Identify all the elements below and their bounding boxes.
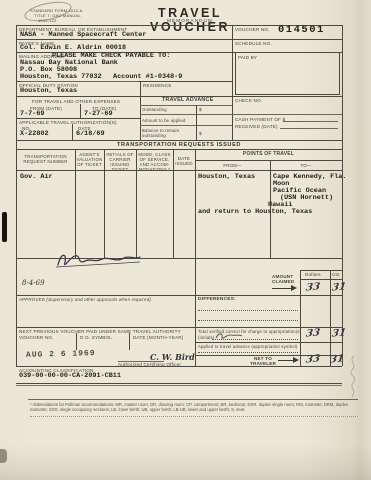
paid-by-label: PAID BY [238,55,257,60]
advance-balance-label: Balance to remain outstanding [142,128,188,139]
verified-dollars: 33 [305,327,320,339]
amount-claimed-cents: 31 [331,281,346,293]
advance-outstanding-dollar: $ [199,107,202,112]
verified-cents: 31 [331,327,346,339]
previous-date-label: DATE (MONTH-YEAR) [133,335,184,340]
col-carrier-initials: INITIALS OF CARRIER ISSUING TICKET [105,152,135,172]
net-cents: 31 [329,353,344,365]
amount-claimed-label: AMOUNT CLAIMED [272,274,300,285]
col-mode-class: MODE, CLASS OF SERVICE, AND ACCOM- MODAT… [137,152,172,172]
differences-label: DIFFERENCES: [198,297,236,302]
applied-advance-label: Applied to travel advance (appropriation… [198,344,297,349]
scan-artifact-mark [2,212,7,242]
previous-do-symbol-label: D.O. SYMBOL [80,335,112,340]
points-return-line: and return to Houston, Texas [198,209,312,216]
cents-col-label: Cts [332,272,340,277]
travel-expenses-label: FOR TRAVEL AND OTHER EXPENSES [32,99,120,104]
travel-auth-label: APPLICABLE TRAVEL AUTHORIZATION(S) [19,120,117,125]
voucher-no-value: 014501 [278,27,325,34]
col-from: FROM— [195,163,270,168]
request-number-value: Gov. Air [20,174,53,181]
col-to: TO— [270,163,342,168]
col-date-issued: DATE ISSUED [174,156,194,166]
points-from-value: Houston, Texas [198,174,255,181]
approved-label: APPROVED (Supervisory and other approval… [19,297,151,302]
check-no-label: CHECK NO. [235,98,262,103]
pencil-scribble-mark [344,352,368,402]
signature-date: 8-4-69 [22,279,45,287]
page-subtitle: MEMORANDUM [120,19,260,24]
advance-balance-dollar: $ [199,131,202,136]
accounting-value: 039-00-00-00-CA-2091-CB11 [19,373,121,380]
advance-applied-label: Amount to be applied [142,118,186,123]
arrow-right-icon [278,360,294,361]
net-dollars: 33 [305,353,320,365]
auth-no-value: X-22802 [20,131,49,138]
previous-voucher-no-label: VOUCHER NO. [19,335,54,340]
col-request-number: TRANSPORTATION REQUEST NUMBER [18,154,73,164]
travel-voucher-scan: STANDARD FORM 1012-A Title 7, GAO Manual… [0,0,371,480]
residence-label: RESIDENCE [143,83,172,88]
department-value: NASA - Manned Spacecraft Center [20,32,146,39]
dollars-col-label: Dollars [305,272,321,277]
schedule-no-label: SCHEDULE NO. [235,41,272,46]
amount-claimed-dollars: 33 [305,281,320,293]
previous-voucher-label: NEXT PREVIOUS VOUCHER PAID UNDER SAME TR… [19,329,181,334]
transport-section-title: TRANSPORTATION REQUESTS ISSUED [16,142,342,148]
col-points-of-travel: POINTS OF TRAVEL [195,152,342,157]
advance-outstanding-label: Outstanding [142,107,167,112]
travel-advance-label: TRAVEL ADVANCE [162,98,213,103]
cash-payment-label: CASH PAYMENT OF $ [235,117,285,122]
auth-date-value: 6/18/69 [76,131,105,138]
received-date-stamp: AUG 2 6 1969 [26,349,96,360]
arrow-right-icon [272,288,292,289]
col-agent-valuation: AGENT'S VALUATION OF TICKET [76,152,103,167]
footnote-text: * Abbreviations for Pullman accommodatio… [30,402,358,412]
payee-signature [52,248,144,270]
scan-artifact-mark [0,449,7,463]
received-date-label: RECEIVED (DATE) [235,124,278,129]
voucher-no-label: VOUCHER NO. [235,27,270,32]
duty-station-value: Houston, Texas [20,88,77,95]
